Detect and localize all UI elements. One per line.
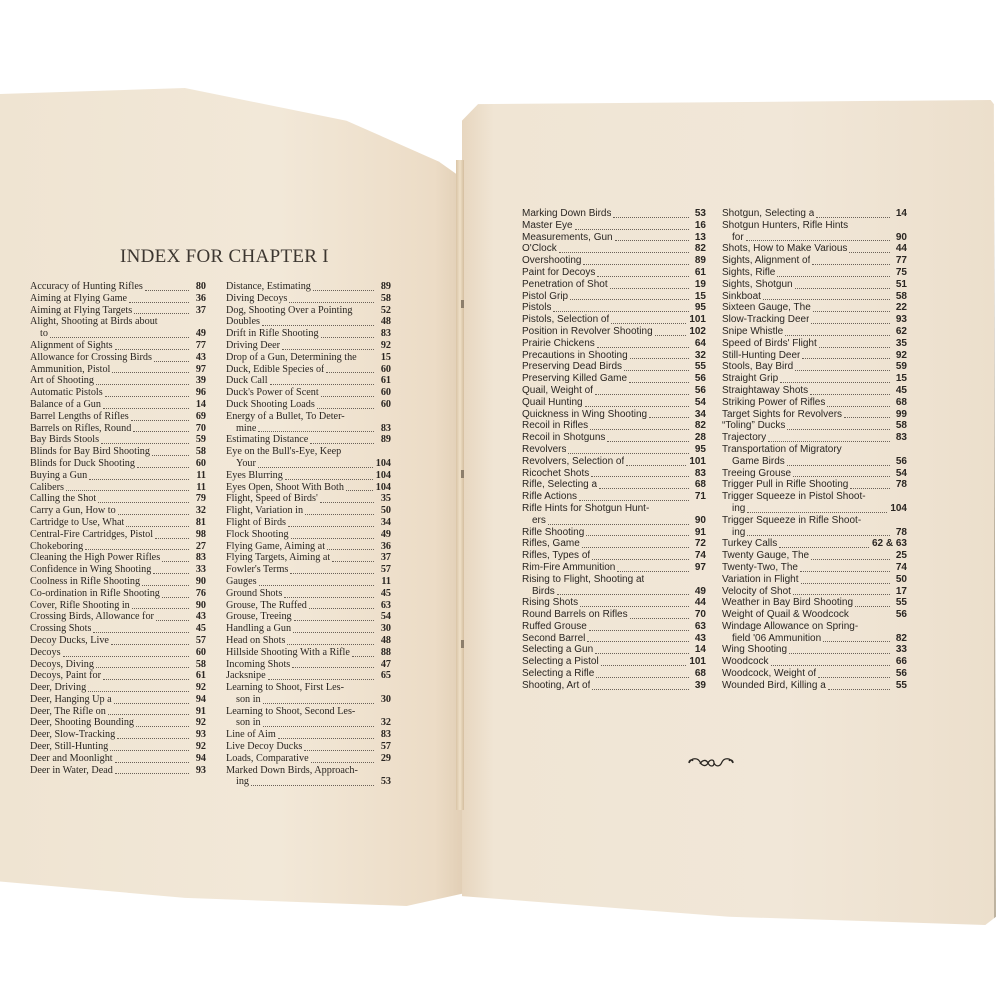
dot-leader	[310, 435, 374, 444]
index-entry-page: 56	[692, 385, 706, 397]
index-entry: Confidence in Wing Shooting33	[30, 564, 206, 576]
index-entry: Grouse, The Ruffed63	[226, 600, 391, 612]
index-entry-term: Eyes Blurring	[226, 470, 283, 482]
index-entry-term: Selecting a Gun	[522, 644, 593, 656]
dot-leader	[133, 423, 189, 432]
index-entry-term: son in	[226, 694, 261, 706]
index-entry-page: 104	[376, 482, 391, 494]
dot-leader	[771, 657, 890, 666]
index-entry: Penetration of Shot19	[522, 279, 706, 291]
dot-leader	[251, 777, 374, 786]
page-title: INDEX FOR CHAPTER I	[120, 246, 370, 268]
dot-leader	[827, 398, 890, 407]
index-entry-page: 32	[192, 505, 206, 517]
dot-leader	[103, 400, 189, 409]
dot-leader	[282, 341, 374, 350]
index-entry-page: 98	[192, 529, 206, 541]
index-entry-term: Rising Shots	[522, 597, 578, 609]
index-entry: Deer and Moonlight94	[30, 753, 206, 765]
dot-leader	[595, 386, 689, 395]
dot-leader	[89, 471, 189, 480]
dot-leader	[629, 374, 689, 383]
index-entry-term: Shotgun, Selecting a	[722, 208, 814, 220]
index-entry-term: Drop of a Gun, Determining the	[226, 352, 357, 364]
index-entry: Bay Birds Stools59	[30, 434, 206, 446]
index-entry-term: mine	[226, 423, 256, 435]
dot-leader	[305, 506, 374, 515]
index-entry: Buying a Gun11	[30, 470, 206, 482]
index-entry-page: 60	[377, 364, 391, 376]
index-entry-term: Wing Shooting	[722, 644, 787, 656]
dot-leader	[785, 327, 890, 336]
index-entry: Shooting, Art of39	[522, 680, 706, 692]
index-entry-page: 34	[377, 517, 391, 529]
index-entry-term: Trigger Pull in Rifle Shooting	[722, 479, 848, 491]
dot-leader	[768, 433, 890, 442]
index-entry: Deer in Water, Dead93	[30, 765, 206, 777]
dot-leader	[795, 362, 890, 371]
index-entry-term: Speed of Birds' Flight	[722, 338, 817, 350]
index-entry-term: Ammunition, Pistol	[30, 364, 110, 376]
index-entry-term: Fowler's Terms	[226, 564, 288, 576]
index-entry: Weight of Quail & Woodcock56	[722, 609, 907, 621]
index-entry-term: Woodcock	[722, 656, 769, 668]
dot-leader	[624, 362, 689, 371]
index-entry-term: Shotgun Hunters, Rifle Hints	[722, 220, 848, 232]
index-entry-page: 56	[893, 609, 907, 621]
index-entry-term: Automatic Pistols	[30, 387, 103, 399]
dot-leader	[98, 494, 189, 503]
index-entry: Co-ordination in Rifle Shooting76	[30, 588, 206, 600]
dot-leader	[587, 633, 689, 642]
dot-leader	[763, 291, 890, 300]
index-entry-page: 58	[192, 446, 206, 458]
index-entry-term: Measurements, Gun	[522, 232, 613, 244]
index-entry: Estimating Distance89	[226, 434, 391, 446]
index-entry: Flight, Variation in50	[226, 505, 391, 517]
index-entry: Decoys, Diving58	[30, 659, 206, 671]
index-entry: Stools, Bay Bird59	[722, 361, 907, 373]
index-entry-term: Head on Shots	[226, 635, 285, 647]
index-entry-term: Ricochet Shots	[522, 468, 589, 480]
index-entry-page: 52	[377, 305, 391, 317]
index-entry-term: Velocity of Shot	[722, 586, 791, 598]
index-entry-term: Target Sights for Revolvers	[722, 409, 842, 421]
index-entry: Crossing Birds, Allowance for43	[30, 611, 206, 623]
dot-leader	[270, 376, 374, 385]
index-entry: Sights, Alignment of77	[722, 255, 907, 267]
index-entry: Trajectory83	[722, 432, 907, 444]
index-entry-page: 88	[377, 647, 391, 659]
index-entry-page: 92	[192, 717, 206, 729]
index-entry-page: 33	[192, 564, 206, 576]
dot-leader	[268, 671, 374, 680]
index-entry: Ruffed Grouse63	[522, 621, 706, 633]
index-entry-page: 49	[692, 586, 706, 598]
index-entry: Straightaway Shots45	[722, 385, 907, 397]
index-entry-page: 82	[692, 243, 706, 255]
index-entry-page: 64	[692, 338, 706, 350]
index-entry-term: Still-Hunting Deer	[722, 350, 800, 362]
index-entry: ers90	[522, 515, 706, 527]
index-entry-term: Crossing Birds, Allowance for	[30, 611, 154, 623]
index-entry: Duck, Edible Species of60	[226, 364, 391, 376]
index-entry-page: 69	[192, 411, 206, 423]
index-entry-page: 104	[376, 458, 391, 470]
index-entry: Flock Shooting49	[226, 529, 391, 541]
index-entry-page: 14	[192, 399, 206, 411]
index-entry-page: 83	[893, 432, 907, 444]
index-entry-term: Line of Aim	[226, 729, 276, 741]
dot-leader	[810, 386, 890, 395]
index-entry-page: 63	[692, 621, 706, 633]
dot-leader	[557, 586, 689, 595]
index-entry: Loads, Comparative29	[226, 753, 391, 765]
dot-leader	[802, 350, 890, 359]
index-entry-term: Marked Down Birds, Approach-	[226, 765, 358, 777]
index-entry: Sights, Shotgun51	[722, 279, 907, 291]
index-entry-page: 43	[192, 352, 206, 364]
index-entry-page: 48	[377, 635, 391, 647]
index-entry: Carry a Gun, How to32	[30, 505, 206, 517]
index-entry-term: Recoil in Shotguns	[522, 432, 605, 444]
index-entry-page: 55	[692, 361, 706, 373]
index-entry: Aiming at Flying Game36	[30, 293, 206, 305]
index-column-2: Distance, Estimating89Diving Decoys58Dog…	[226, 281, 391, 788]
index-entry-page: 57	[377, 741, 391, 753]
binding-stitch	[461, 470, 464, 478]
index-entry-page: 35	[377, 493, 391, 505]
dot-leader	[597, 339, 689, 348]
index-entry-term: Handling a Gun	[226, 623, 291, 635]
index-entry-term: Rifle Hints for Shotgun Hunt-	[522, 503, 649, 515]
index-entry-page: 83	[377, 423, 391, 435]
index-entry: Position in Revolver Shooting102	[522, 326, 706, 338]
index-entry-page: 78	[893, 479, 907, 491]
index-entry-page: 92	[893, 350, 907, 362]
index-entry-page: 81	[192, 517, 206, 529]
index-entry: Measurements, Gun13	[522, 232, 706, 244]
index-entry-page: 75	[893, 267, 907, 279]
index-entry-term: son in	[226, 717, 261, 729]
index-entry-term: Decoys, Paint for	[30, 670, 101, 682]
dot-leader	[828, 681, 890, 690]
index-entry-term: Twenty-Two, The	[722, 562, 798, 574]
index-entry-term: Marking Down Birds	[522, 208, 611, 220]
index-entry-page: 50	[893, 574, 907, 586]
index-entry: Calibers11	[30, 482, 206, 494]
index-entry: Ammunition, Pistol97	[30, 364, 206, 376]
index-entry-term: Accuracy of Hunting Rifles	[30, 281, 143, 293]
index-entry: Jacksnipe65	[226, 670, 391, 682]
index-entry-page: 68	[893, 397, 907, 409]
index-entry-page: 58	[377, 293, 391, 305]
index-entry: Deer, Hanging Up a94	[30, 694, 206, 706]
index-entry-page: 101	[689, 456, 706, 468]
index-entry-term: Penetration of Shot	[522, 279, 608, 291]
index-entry: Rifle, Selecting a68	[522, 479, 706, 491]
index-entry: Energy of a Bullet, To Deter-	[226, 411, 391, 423]
index-entry-page: 36	[192, 293, 206, 305]
index-entry: Round Barrels on Rifles70	[522, 609, 706, 621]
index-entry-page: 95	[692, 444, 706, 456]
dot-leader	[294, 612, 374, 621]
dot-leader	[823, 633, 890, 642]
dot-leader	[162, 589, 189, 598]
index-entry-page: 32	[692, 350, 706, 362]
index-entry: Trigger Squeeze in Rifle Shoot-	[722, 515, 907, 527]
index-entry-page: 89	[692, 255, 706, 267]
dot-leader	[292, 659, 374, 668]
index-entry-term: Prairie Chickens	[522, 338, 595, 350]
index-entry-page: 30	[377, 694, 391, 706]
index-entry-page: 32	[377, 717, 391, 729]
index-entry-term: Eyes Open, Shoot With Both	[226, 482, 344, 494]
dot-leader	[801, 575, 890, 584]
index-entry: Marking Down Birds53	[522, 208, 706, 220]
dot-leader	[747, 504, 887, 513]
index-entry-page: 62	[893, 326, 907, 338]
index-entry: field '06 Ammunition82	[722, 633, 907, 645]
index-entry-term: Deer, Driving	[30, 682, 86, 694]
index-entry: Rim-Fire Ammunition97	[522, 562, 706, 574]
index-entry-term: for	[722, 232, 744, 244]
index-entry: Your104	[226, 458, 391, 470]
index-entry: Precautions in Shooting32	[522, 350, 706, 362]
index-entry-page: 92	[192, 741, 206, 753]
index-entry: Revolvers, Selection of101	[522, 456, 706, 468]
index-entry: Deer, The Rifle on91	[30, 706, 206, 718]
dot-leader	[304, 742, 374, 751]
index-entry-term: Wounded Bird, Killing a	[722, 680, 826, 692]
index-entry-term: Trigger Squeeze in Pistol Shoot-	[722, 491, 866, 503]
index-entry-term: Buying a Gun	[30, 470, 87, 482]
index-entry-term: Rim-Fire Ammunition	[522, 562, 615, 574]
index-entry: Duck Shooting Loads60	[226, 399, 391, 411]
index-entry: Drop of a Gun, Determining the15	[226, 352, 391, 364]
index-entry: Eye on the Bull's-Eye, Keep	[226, 446, 391, 458]
index-entry: Turkey Calls62 & 63	[722, 538, 907, 550]
index-entry: “Toling” Ducks58	[722, 420, 907, 432]
index-entry: Pistol Grip15	[522, 291, 706, 303]
dot-leader	[592, 681, 689, 690]
index-entry-page: 53	[377, 776, 391, 788]
dot-leader	[800, 563, 890, 572]
index-entry-term: Loads, Comparative	[226, 753, 309, 765]
index-entry-page: 70	[692, 609, 706, 621]
dot-leader	[332, 553, 374, 562]
index-entry: to49	[30, 328, 206, 340]
index-entry-term: Flight of Birds	[226, 517, 286, 529]
index-entry-page: 92	[192, 682, 206, 694]
index-entry: Shotgun, Selecting a14	[722, 208, 907, 220]
dot-leader	[787, 457, 890, 466]
dot-leader	[611, 315, 686, 324]
index-entry: Cleaning the High Power Rifles83	[30, 552, 206, 564]
index-entry-page: 44	[893, 243, 907, 255]
index-entry: son in32	[226, 717, 391, 729]
index-entry: Rifles, Types of74	[522, 550, 706, 562]
index-entry: Blinds for Duck Shooting60	[30, 458, 206, 470]
dot-leader	[290, 565, 374, 574]
index-entry: Gauges11	[226, 576, 391, 588]
index-entry: Deer, Still-Hunting92	[30, 741, 206, 753]
index-entry-term: Round Barrels on Rifles	[522, 609, 628, 621]
index-entry: Distance, Estimating89	[226, 281, 391, 293]
dot-leader	[607, 433, 689, 442]
dot-leader	[88, 683, 189, 692]
index-entry-page: 61	[377, 375, 391, 387]
index-entry: Hillside Shooting With a Rifle88	[226, 647, 391, 659]
index-entry-term: Calibers	[30, 482, 64, 494]
dot-leader	[96, 376, 189, 385]
index-entry-term: O'Clock	[522, 243, 557, 255]
index-entry-term: Flight, Variation in	[226, 505, 303, 517]
index-entry: Birds49	[522, 586, 706, 598]
dot-leader	[115, 765, 189, 774]
dot-leader	[126, 518, 189, 527]
index-entry-page: 101	[689, 656, 706, 668]
index-entry: Flight of Birds34	[226, 517, 391, 529]
dot-leader	[321, 388, 374, 397]
index-entry-term: Trajectory	[722, 432, 766, 444]
index-entry-term: Driving Deer	[226, 340, 280, 352]
index-entry: Weather in Bay Bird Shooting55	[722, 597, 907, 609]
index-entry-page: 74	[893, 562, 907, 574]
index-entry: Quickness in Wing Shooting34	[522, 409, 706, 421]
index-entry: Prairie Chickens64	[522, 338, 706, 350]
dot-leader	[819, 339, 890, 348]
index-entry-term: Your	[226, 458, 256, 470]
index-entry-page: 93	[893, 314, 907, 326]
index-entry: Doubles48	[226, 316, 391, 328]
index-entry-page: 47	[377, 659, 391, 671]
dot-leader	[137, 459, 189, 468]
index-entry-page: 94	[192, 753, 206, 765]
index-entry: Rifle Shooting91	[522, 527, 706, 539]
index-entry-page: 60	[192, 647, 206, 659]
index-entry-term: Precautions in Shooting	[522, 350, 628, 362]
dot-leader	[649, 409, 689, 418]
index-entry: Rifles, Game72	[522, 538, 706, 550]
dot-leader	[134, 305, 189, 314]
index-entry-page: 83	[377, 729, 391, 741]
index-entry: Art of Shooting39	[30, 375, 206, 387]
dot-leader	[153, 565, 189, 574]
dot-leader	[85, 541, 189, 550]
dot-leader	[811, 315, 890, 324]
index-entry-page: 76	[192, 588, 206, 600]
dot-leader	[850, 480, 890, 489]
index-entry-page: 43	[692, 633, 706, 645]
dot-leader	[812, 256, 890, 265]
index-entry: Trigger Pull in Rifle Shooting78	[722, 479, 907, 491]
index-entry: Barrel Lengths of Rifles69	[30, 411, 206, 423]
index-entry-term: Twenty Gauge, The	[722, 550, 809, 562]
index-entry-page: 44	[692, 597, 706, 609]
index-entry-page: 59	[893, 361, 907, 373]
index-entry-term: Quail Hunting	[522, 397, 583, 409]
index-entry-term: Turkey Calls	[722, 538, 777, 550]
dot-leader	[818, 669, 890, 678]
index-entry-page: 30	[377, 623, 391, 635]
index-entry-page: 72	[692, 538, 706, 550]
index-entry: Trigger Squeeze in Pistol Shoot-	[722, 491, 907, 503]
index-entry-term: Rifle Shooting	[522, 527, 584, 539]
index-entry: Deer, Driving92	[30, 682, 206, 694]
dot-leader	[110, 742, 189, 751]
index-entry-page: 36	[377, 541, 391, 553]
index-entry-term: Aiming at Flying Targets	[30, 305, 132, 317]
index-entry: Paint for Decoys61	[522, 267, 706, 279]
dot-leader	[586, 527, 689, 536]
index-entry-term: Drift in Rifle Shooting	[226, 328, 319, 340]
index-entry-page: 39	[192, 375, 206, 387]
index-entry-page: 49	[192, 328, 206, 340]
dot-leader	[590, 421, 689, 430]
index-entry-term: Shots, How to Make Various	[722, 243, 847, 255]
index-entry: Handling a Gun30	[226, 623, 391, 635]
index-entry-term: Weight of Quail & Woodcock	[722, 609, 849, 621]
index-entry-page: 91	[692, 527, 706, 539]
index-entry: Balance of a Gun14	[30, 399, 206, 411]
index-entry: Ground Shots45	[226, 588, 391, 600]
index-entry-term: Ruffed Grouse	[522, 621, 587, 633]
index-entry-term: Slow-Tracking Deer	[722, 314, 809, 326]
index-entry-page: 51	[893, 279, 907, 291]
index-entry-page: 22	[893, 302, 907, 314]
index-entry-term: Duck, Edible Species of	[226, 364, 324, 376]
dot-leader	[293, 624, 374, 633]
dot-leader	[617, 563, 689, 572]
dot-leader	[129, 294, 189, 303]
dot-leader	[142, 577, 189, 586]
index-entry-page: 83	[377, 328, 391, 340]
index-entry-term: Birds	[522, 586, 555, 598]
index-entry-term: Flight, Speed of Birds'	[226, 493, 318, 505]
index-entry: Blinds for Bay Bird Shooting58	[30, 446, 206, 458]
index-entry: Live Decoy Ducks57	[226, 741, 391, 753]
index-entry: Marked Down Birds, Approach-	[226, 765, 391, 777]
index-entry-term: Straightaway Shots	[722, 385, 808, 397]
index-entry-term: Preserving Dead Birds	[522, 361, 622, 373]
index-entry: Rifle Actions71	[522, 491, 706, 503]
dot-leader	[793, 586, 890, 595]
index-entry: Alignment of Sights77	[30, 340, 206, 352]
index-entry-page: 82	[692, 420, 706, 432]
index-entry-page: 15	[893, 373, 907, 385]
index-entry-term: Eye on the Bull's-Eye, Keep	[226, 446, 341, 458]
index-entry-page: 55	[893, 680, 907, 692]
index-entry-term: Shooting, Art of	[522, 680, 590, 692]
index-entry: O'Clock82	[522, 243, 706, 255]
index-entry: Cartridge to Use, What81	[30, 517, 206, 529]
index-entry-term: Revolvers	[522, 444, 566, 456]
dot-leader	[321, 329, 374, 338]
dot-leader	[162, 553, 189, 562]
dot-leader	[613, 209, 689, 218]
index-entry-term: Rising to Flight, Shooting at	[522, 574, 644, 586]
index-entry-page: 37	[192, 305, 206, 317]
index-entry: Duck Call61	[226, 375, 391, 387]
dot-leader	[813, 303, 890, 312]
dot-leader	[580, 598, 689, 607]
index-entry-page: 19	[692, 279, 706, 291]
dot-leader	[780, 374, 890, 383]
index-entry-term: Pistols	[522, 302, 551, 314]
index-entry-term: Deer, Hanging Up a	[30, 694, 112, 706]
index-entry-term: Decoy Ducks, Live	[30, 635, 109, 647]
